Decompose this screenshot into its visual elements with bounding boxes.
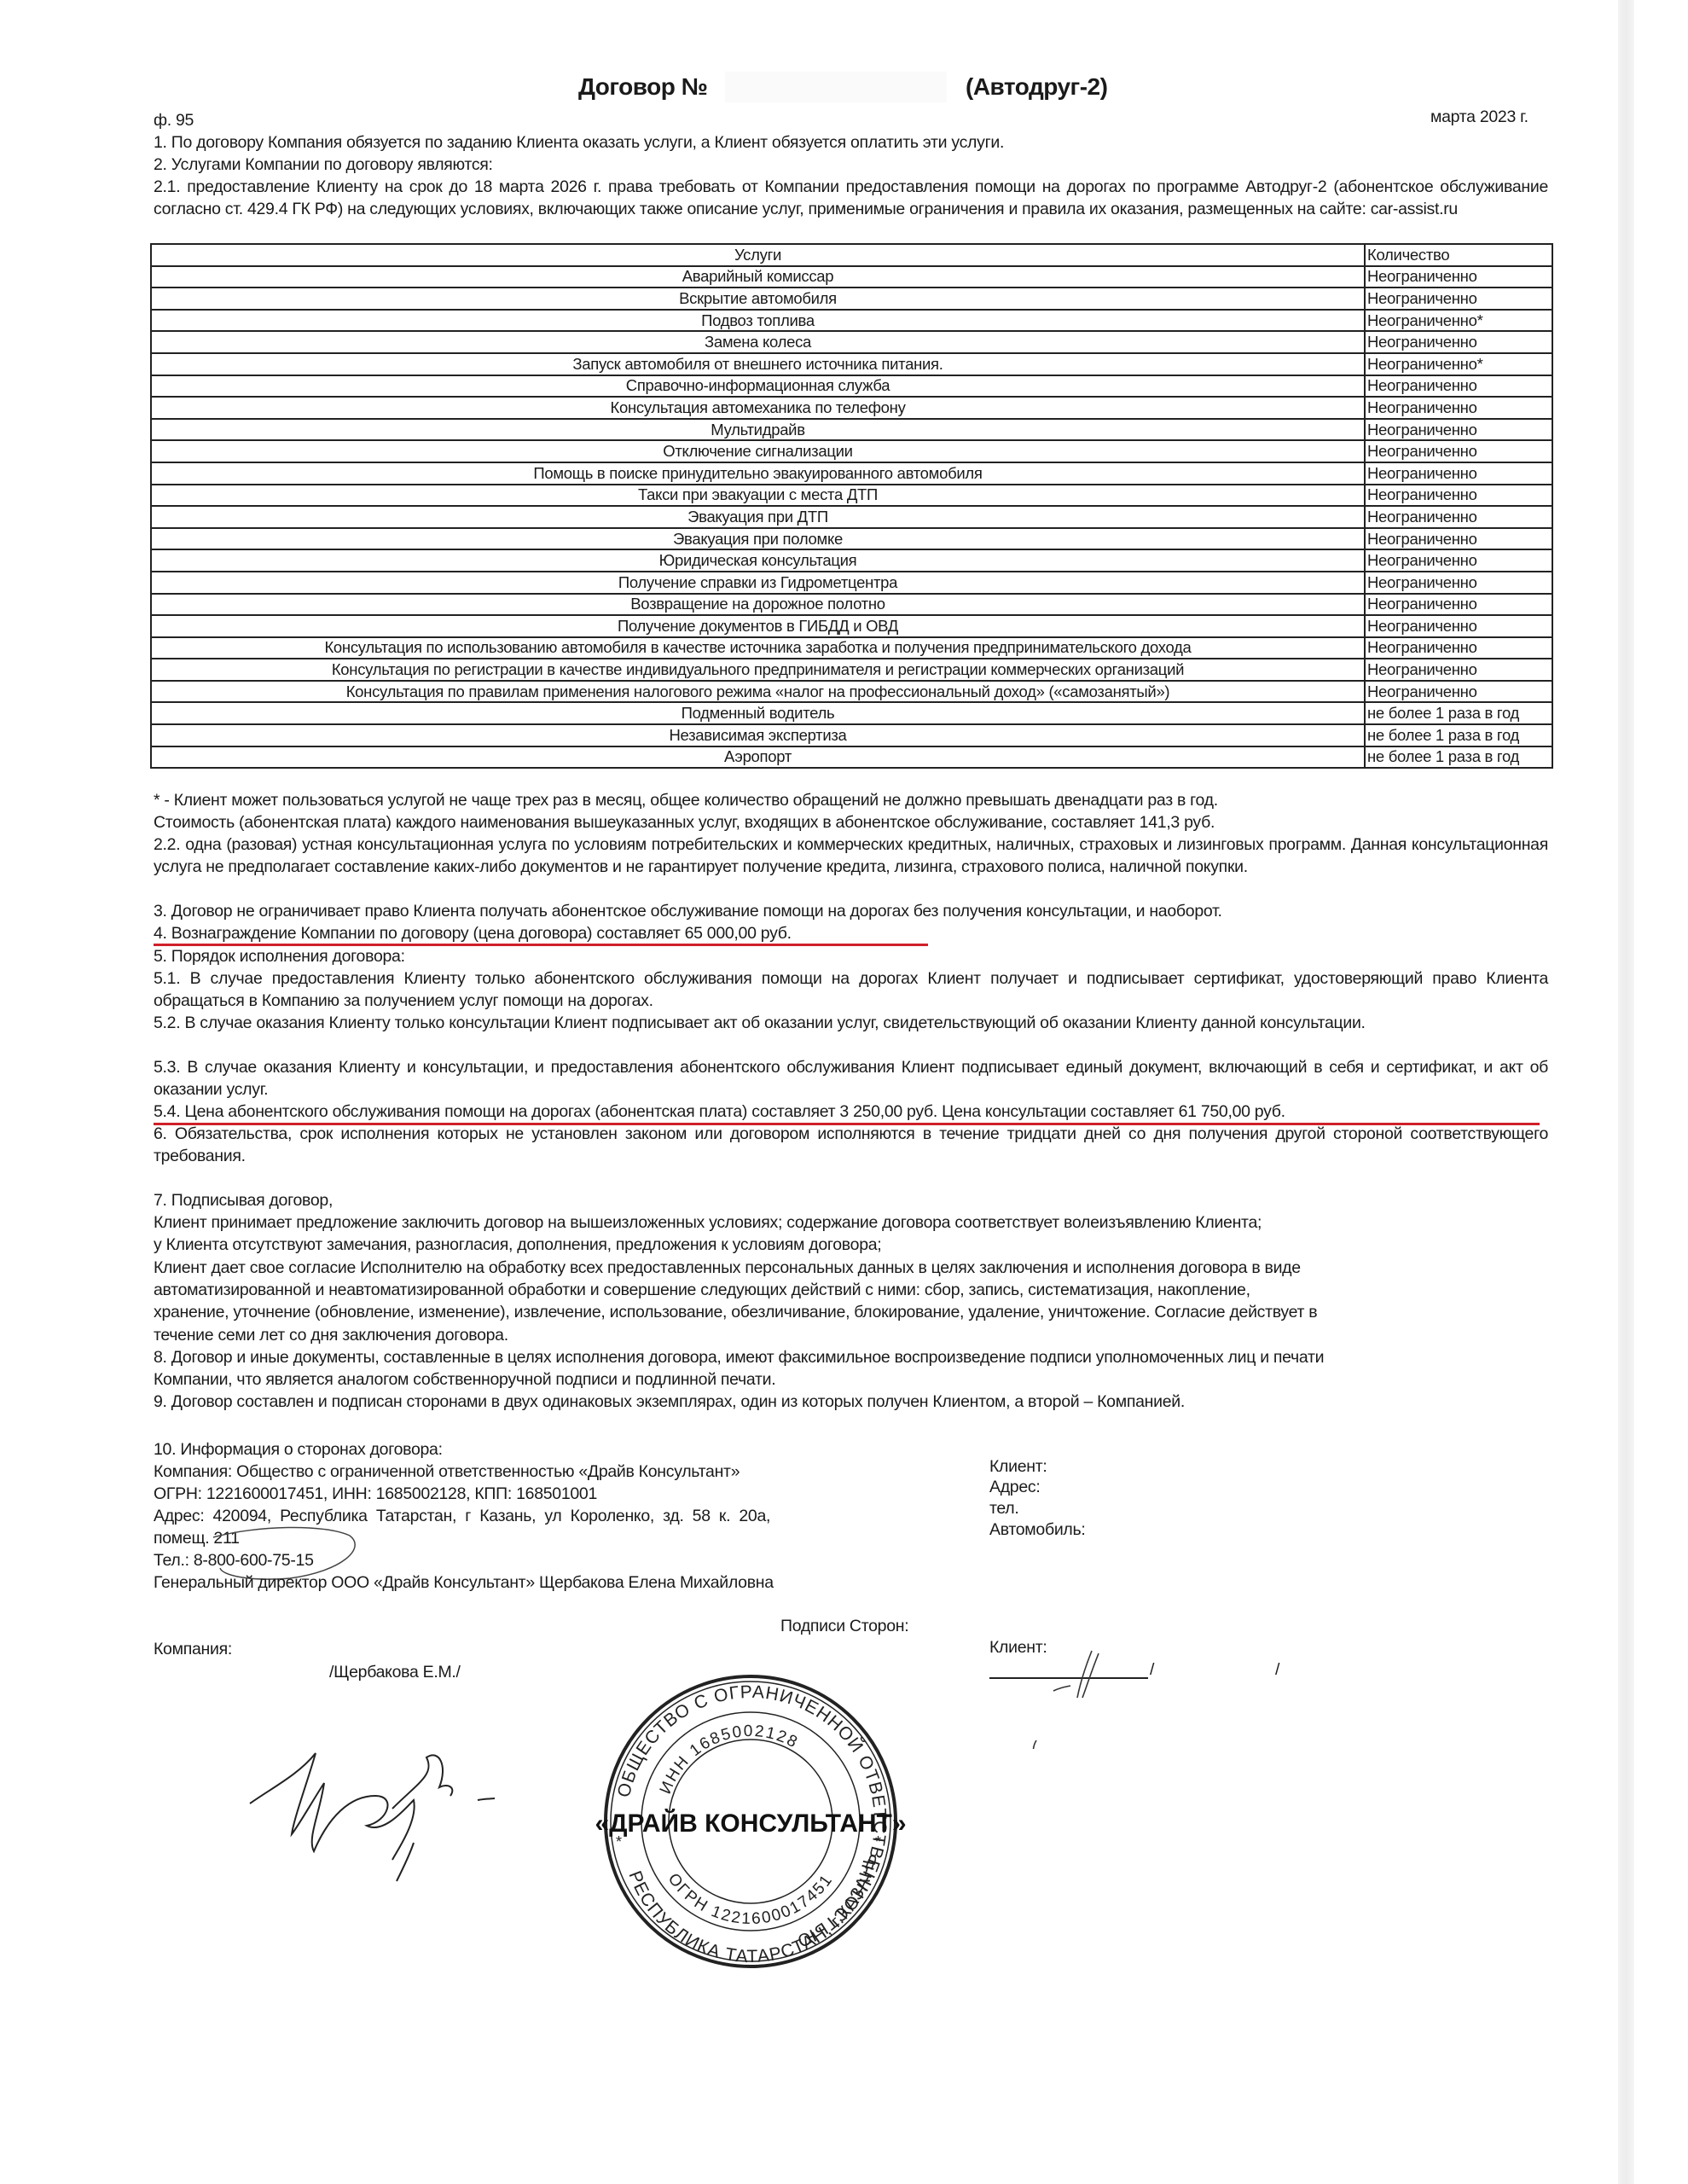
service-quantity: Неограниченно [1365, 375, 1552, 398]
service-quantity: Неограниченно [1365, 288, 1552, 310]
company-director: Генеральный директор ООО «Драйв Консульт… [154, 1571, 774, 1594]
table-row: Получение документов в ГИБДД и ОВДНеогра… [151, 615, 1552, 637]
service-quantity: Неограниченно [1365, 637, 1552, 659]
clause-6: 6. Обязательства, срок исполнения которы… [154, 1123, 1548, 1167]
service-quantity: Неограниченно* [1365, 310, 1552, 332]
footnote: * - Клиент может пользоваться услугой не… [154, 789, 1218, 811]
stamp-ogrn: ОГРН 1221600017451 [664, 1870, 837, 1928]
service-name: Юридическая консультация [151, 549, 1365, 572]
clause-7-heading: 7. Подписывая договор, [154, 1189, 333, 1211]
client-signer-slash-end: / [1275, 1658, 1279, 1681]
stamp-outer-bottom-text: РЕСПУБЛИКА ТАТАРСТАН, г.КАЗАНЬ [624, 1850, 881, 1966]
clause-5-3: 5.3. В случае оказания Клиенту и консуль… [154, 1056, 1548, 1101]
table-row: Консультация по правилам применения нало… [151, 681, 1552, 703]
service-quantity: не более 1 раза в год [1365, 702, 1552, 724]
service-name: Подвоз топлива [151, 310, 1365, 332]
table-row: Запуск автомобиля от внешнего источника … [151, 353, 1552, 375]
service-quantity: Неограниченно [1365, 506, 1552, 528]
company-signer-name: /Щербакова Е.М./ [329, 1661, 461, 1683]
clause-line: Компании, что является аналогом собствен… [154, 1368, 775, 1391]
table-row: Вскрытие автомобиляНеограниченно [151, 288, 1552, 310]
clause-line: у Клиента отсутствуют замечания, разногл… [154, 1234, 881, 1256]
svg-text:ОГРН 1221600017451: ОГРН 1221600017451 [664, 1870, 837, 1928]
service-quantity: Неограниченно [1365, 462, 1552, 485]
service-quantity: Неограниченно* [1365, 353, 1552, 375]
clause-line: 8. Договор и иные документы, составленны… [154, 1346, 1324, 1368]
table-row: Отключение сигнализацииНеограниченно [151, 440, 1552, 462]
clause-5-1: 5.1. В случае предоставления Клиенту тол… [154, 967, 1548, 1012]
service-name: Запуск автомобиля от внешнего источника … [151, 353, 1365, 375]
svg-text:ИНН 1685002128: ИНН 1685002128 [657, 1722, 802, 1797]
service-quantity: Неограниченно [1365, 549, 1552, 572]
svg-text:РЕСПУБЛИКА ТАТАРСТАН, г.КАЗАНЬ: РЕСПУБЛИКА ТАТАРСТАН, г.КАЗАНЬ [624, 1850, 881, 1966]
service-quantity: Неограниченно [1365, 594, 1552, 616]
scan-edge-strip [1618, 0, 1634, 2184]
table-row: Получение справки из ГидрометцентраНеогр… [151, 572, 1552, 594]
clause-1: 1. По договору Компания обязуется по зад… [154, 131, 1004, 154]
title-program: (Автодруг-2) [966, 73, 1107, 101]
table-row: МультидрайвНеограниченно [151, 419, 1552, 441]
service-name: Консультация по правилам применения нало… [151, 681, 1365, 703]
clause-line: Клиент дает свое согласие Исполнителю на… [154, 1257, 1301, 1279]
service-quantity: Неограниченно [1365, 528, 1552, 550]
service-name: Замена колеса [151, 331, 1365, 353]
client-phone-label: тел. [989, 1497, 1019, 1519]
table-row: Консультация по регистрации в качестве и… [151, 659, 1552, 681]
client-car-label: Автомобиль: [989, 1519, 1085, 1541]
service-name: Независимая экспертиза [151, 724, 1365, 746]
clause-line: 9. Договор составлен и подписан сторонам… [154, 1391, 1185, 1413]
table-row: Справочно-информационная службаНеогранич… [151, 375, 1552, 398]
clause-2: 2. Услугами Компании по договору являютс… [154, 154, 493, 176]
title-contract: Договор № [578, 73, 707, 101]
service-quantity: не более 1 раза в год [1365, 746, 1552, 769]
service-name: Справочно-информационная служба [151, 375, 1365, 398]
table-row: Такси при эвакуации с места ДТПНеогранич… [151, 485, 1552, 507]
company-ids: ОГРН: 1221600017451, ИНН: 1685002128, КП… [154, 1483, 597, 1505]
company-signature-label: Компания: [154, 1638, 232, 1660]
service-name: Мультидрайв [151, 419, 1365, 441]
service-quantity: не более 1 раза в год [1365, 724, 1552, 746]
service-name: Вскрытие автомобиля [151, 288, 1365, 310]
signatures-heading: Подписи Сторон: [780, 1615, 908, 1637]
form-number: ф. 95 [154, 109, 194, 131]
service-name: Эвакуация при поломке [151, 528, 1365, 550]
service-quantity: Неограниченно [1365, 615, 1552, 637]
stamp-star-left: * [616, 1833, 622, 1850]
service-quantity: Неограниченно [1365, 485, 1552, 507]
clause-line: Клиент принимает предложение заключить д… [154, 1211, 1262, 1234]
company-name: Компания: Общество с ограниченной ответс… [154, 1461, 740, 1483]
table-row: Помощь в поиске принудительно эвакуирова… [151, 462, 1552, 485]
services-table: Услуги Количество Аварийный комиссарНеог… [150, 243, 1553, 769]
service-name: Помощь в поиске принудительно эвакуирова… [151, 462, 1365, 485]
table-row: Аэропортне более 1 раза в год [151, 746, 1552, 769]
clause-line: течение семи лет со дня заключения догов… [154, 1324, 508, 1346]
service-quantity: Неограниченно [1365, 681, 1552, 703]
parties-heading: 10. Информация о сторонах договора: [154, 1438, 443, 1461]
clause-5: 5. Порядок исполнения договора: [154, 945, 405, 967]
company-handwritten-signature [222, 1749, 495, 1894]
table-row: Возвращение на дорожное полотноНеогранич… [151, 594, 1552, 616]
table-header-row: Услуги Количество [151, 244, 1552, 266]
service-quantity: Неограниченно [1365, 397, 1552, 419]
client-address-label: Адрес: [989, 1476, 1040, 1498]
service-name: Возвращение на дорожное полотно [151, 594, 1365, 616]
header-services: Услуги [151, 244, 1365, 266]
service-name: Получение справки из Гидрометцентра [151, 572, 1365, 594]
clause-line: хранение, уточнение (обновление, изменен… [154, 1301, 1317, 1323]
service-name: Получение документов в ГИБДД и ОВД [151, 615, 1365, 637]
clause-2-2: 2.2. одна (разовая) устная консультацион… [154, 834, 1548, 878]
clause-4-contract-price: 4. Вознаграждение Компании по договору (… [154, 922, 792, 944]
table-row: Эвакуация при ДТПНеограниченно [151, 506, 1552, 528]
table-row: Консультация по использованию автомобиля… [151, 637, 1552, 659]
service-quantity: Неограниченно [1365, 266, 1552, 288]
table-row: Независимая экспертизане более 1 раза в … [151, 724, 1552, 746]
stamp-inn: ИНН 1685002128 [657, 1722, 802, 1797]
table-row: Подвоз топливаНеограниченно* [151, 310, 1552, 332]
clause-2-1: 2.1. предоставление Клиенту на срок до 1… [154, 176, 1548, 220]
service-name: Аэропорт [151, 746, 1365, 769]
service-quantity: Неограниченно [1365, 572, 1552, 594]
company-seal-stamp: ОБЩЕСТВО С ОГРАНИЧЕННОЙ ОТВЕТСТВЕННОСТЬЮ… [589, 1659, 913, 1984]
stamp-star-right: * [875, 1833, 881, 1850]
contract-date: марта 2023 г. [1430, 106, 1528, 128]
table-row: Аварийный комиссарНеограниченно [151, 266, 1552, 288]
clause-5-2: 5.2. В случае оказания Клиенту только ко… [154, 1012, 1548, 1034]
service-name: Аварийный комиссар [151, 266, 1365, 288]
table-row: Эвакуация при поломкеНеограниченно [151, 528, 1552, 550]
cost-per-service: Стоимость (абонентская плата) каждого на… [154, 811, 1215, 834]
service-name: Консультация по регистрации в качестве и… [151, 659, 1365, 681]
table-row: Замена колесаНеограниченно [151, 331, 1552, 353]
service-quantity: Неограниченно [1365, 440, 1552, 462]
stamp-center-text: «ДРАЙВ КОНСУЛЬТАНТ» [595, 1809, 906, 1838]
service-name: Отключение сигнализации [151, 440, 1365, 462]
service-name: Подменный водитель [151, 702, 1365, 724]
service-name: Консультация автомеханика по телефону [151, 397, 1365, 419]
clause-5-4-prices: 5.4. Цена абонентского обслуживания помо… [154, 1101, 1285, 1123]
service-quantity: Неограниченно [1365, 659, 1552, 681]
client-handwritten-signature [1019, 1647, 1190, 1749]
header-quantity: Количество [1365, 244, 1552, 266]
service-quantity: Неограниченно [1365, 331, 1552, 353]
table-row: Консультация автомеханика по телефонуНео… [151, 397, 1552, 419]
service-name: Эвакуация при ДТП [151, 506, 1365, 528]
service-name: Такси при эвакуации с места ДТП [151, 485, 1365, 507]
service-name: Консультация по использованию автомобиля… [151, 637, 1365, 659]
redacted-contract-number [725, 72, 947, 102]
table-row: Юридическая консультацияНеограниченно [151, 549, 1552, 572]
service-quantity: Неограниченно [1365, 419, 1552, 441]
clause-line: автоматизированной и неавтоматизированно… [154, 1279, 1250, 1301]
table-row: Подменный водительне более 1 раза в год [151, 702, 1552, 724]
clause-3: 3. Договор не ограничивает право Клиента… [154, 900, 1222, 922]
client-name-label: Клиент: [989, 1455, 1047, 1478]
